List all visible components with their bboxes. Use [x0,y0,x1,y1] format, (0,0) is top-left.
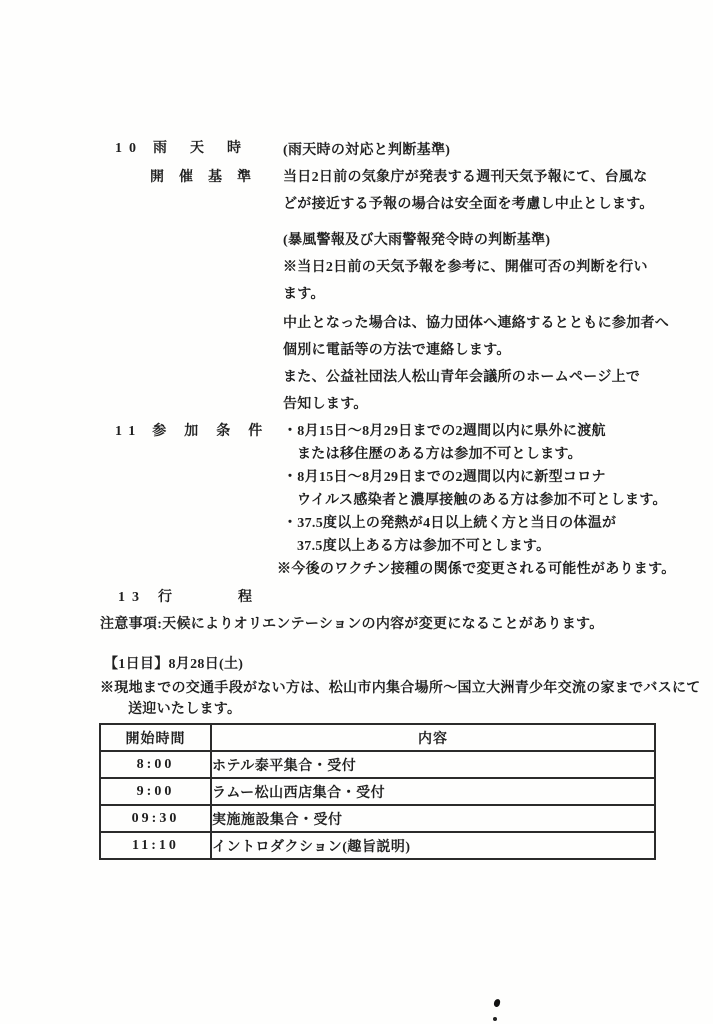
schedule-time: 9:00 [100,778,211,805]
schedule-activity: ホテル泰平集合・受付 [211,751,655,778]
table-row: 11:10 イントロダクション(趣旨説明) [100,832,655,859]
paragraph-line: (暴風警報及び大雨警報発令時の判断基準) [283,227,668,254]
section-10-number: 10 [115,141,143,157]
itinerary-caution-note: 注意事項:天候によりオリエンテーションの内容が変更になることがあります。 [0,611,713,638]
condition-bullet: ・37.5度以上の発熱が4日以上続く方と当日の体温が [283,512,668,535]
section-10-header-row: 10雨天時 (雨天時の対応と判断基準) [0,137,713,164]
paragraph-line: 当日2日前の気象庁が発表する週刊天気予報にて、台風な [283,164,668,191]
paragraph-line: 中止となった場合は、協力団体へ連絡するとともに参加者へ [283,310,668,337]
start-time-column-header: 開始時間 [100,724,211,751]
schedule-activity: ラムー松山西店集合・受付 [211,778,655,805]
day-1-schedule-table: 開始時間 内容 8:00 ホテル泰平集合・受付 9:00 ラムー松山西店集合・受… [99,723,656,860]
section-10-label: 10雨天時 [0,137,283,164]
table-row: 8:00 ホテル泰平集合・受付 [100,751,655,778]
schedule-time: 11:10 [100,832,211,859]
condition-bullet-continuation: 37.5度以上ある方は参加不可とします。 [283,535,668,558]
cancellation-contact-paragraph: 中止となった場合は、協力団体へ連絡するとともに参加者へ 個別に電話等の方法で連絡… [283,310,668,418]
condition-bullet-continuation: ウイルス感染者と濃厚接触のある方は参加不可とします。 [283,489,668,512]
ink-mark [493,1017,497,1021]
section-11-title: 参加条件 [152,420,280,440]
section-10-title: 雨天時 [153,137,264,157]
day-1-block: 【1日目】8月28日(土) ※現地までの交通手段がない方は、松山市内集合場所〜国… [0,652,713,720]
section-11-number: 11 [115,424,142,440]
schedule-activity: 実施施設集合・受付 [211,805,655,832]
table-row: 09:30 実施施設集合・受付 [100,805,655,832]
condition-bullet: ・8月15日〜8月29日までの2週間以内に新型コロナ [283,466,668,489]
scanned-document-page: 10雨天時 (雨天時の対応と判断基準) 開催基準 当日2日前の気象庁が発表する週… [0,0,713,1024]
section-10-subtitle: 開催基準 [150,164,266,191]
paragraph-line: ます。 [283,281,668,308]
ink-mark [493,999,500,1008]
paragraph-line: 告知します。 [283,391,668,418]
bus-transport-note-continuation: 送迎いたします。 [0,699,713,720]
condition-bullet: ・8月15日〜8月29日までの2週間以内に県外に渡航 [283,420,668,443]
vaccine-change-note: ※今後のワクチン接種の関係で変更される可能性があります。 [277,558,668,581]
paragraph-line: 個別に電話等の方法で連絡します。 [283,337,668,364]
section-13-header: 13行程 [0,584,713,611]
content-column-header: 内容 [211,724,655,751]
paragraph-line: また、公益社団法人松山青年会議所のホームページ上で [283,364,668,391]
day-1-heading: 【1日目】8月28日(土) [0,652,713,678]
paragraph-line: ※当日2日前の天気予報を参考に、開催可否の判断を行い [283,254,668,281]
schedule-header-row: 開始時間 内容 [100,724,655,751]
section-13-title: 行程 [158,584,318,611]
section-11-label: 11参加条件 [0,420,283,581]
section-11-row: 11参加条件 ・8月15日〜8月29日までの2週間以内に県外に渡航 または移住歴… [0,420,713,581]
section-10-criteria-row: 開催基準 当日2日前の気象庁が発表する週刊天気予報にて、台風な どが接近する予報… [0,164,713,218]
forecast-decision-paragraph: ※当日2日前の天気予報を参考に、開催可否の判断を行い ます。 [283,254,668,308]
rain-criteria-paragraph: 当日2日前の気象庁が発表する週刊天気予報にて、台風な どが接近する予報の場合は安… [283,164,668,218]
storm-warning-note: (暴風警報及び大雨警報発令時の判断基準) [283,227,668,254]
condition-bullet-continuation: または移住歴のある方は参加不可とします。 [283,443,668,466]
section-13-number: 13 [118,584,146,611]
table-row: 9:00 ラムー松山西店集合・受付 [100,778,655,805]
section-10-sublabel-wrap: 開催基準 [0,164,283,218]
bus-transport-note: ※現地までの交通手段がない方は、松山市内集合場所〜国立大洲青少年交流の家までバス… [0,678,713,699]
schedule-time: 8:00 [100,751,211,778]
participation-conditions-list: ・8月15日〜8月29日までの2週間以内に県外に渡航 または移住歴のある方は参加… [283,420,668,581]
rain-response-note: (雨天時の対応と判断基準) [283,137,668,164]
schedule-activity: イントロダクション(趣旨説明) [211,832,655,859]
schedule-time: 09:30 [100,805,211,832]
paragraph-line: どが接近する予報の場合は安全面を考慮し中止とします。 [283,191,668,218]
